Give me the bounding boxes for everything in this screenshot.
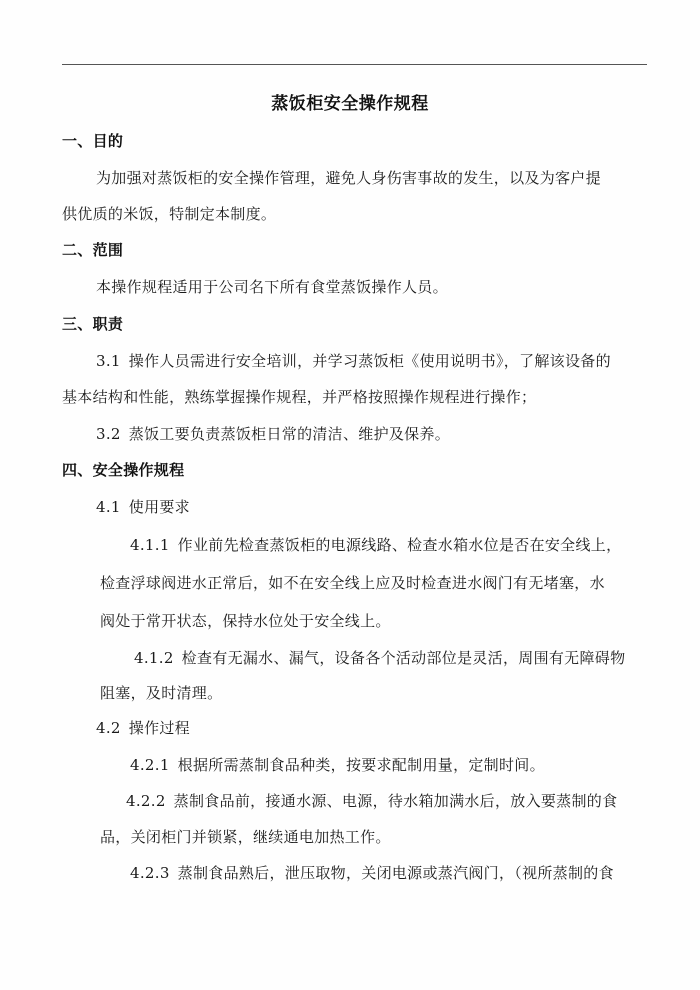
item-4-1-2-line-2: 阻塞，及时清理。	[100, 683, 222, 703]
document-page: 蒸饭柜安全操作规程 一、目的 为加强对蒸饭柜的安全操作管理，避免人身伤害事故的发…	[0, 0, 700, 990]
section-heading-purpose: 一、目的	[62, 131, 123, 151]
item-number: 4.2.1	[130, 756, 170, 774]
item-3-2-line-1: 3.2蒸饭工要负责蒸饭柜日常的清洁、维护及保养。	[96, 424, 450, 444]
subsection-4-1: 4.1使用要求	[96, 497, 190, 517]
item-text: 蒸制食品前，接通水源、电源，待水箱加满水后，放入要蒸制的食	[174, 792, 618, 810]
item-4-1-1-line-1: 4.1.1作业前先检查蒸饭柜的电源线路、检查水箱水位是否在安全线上，	[130, 535, 621, 555]
item-number: 4.2.3	[130, 864, 170, 882]
item-4-2-3-line-1: 4.2.3蒸制食品熟后，泄压取物，关闭电源或蒸汽阀门，（视所蒸制的食	[130, 863, 614, 883]
item-4-1-1-line-3: 阀处于常开状态，保持水位处于安全线上。	[100, 611, 391, 631]
section-heading-safety-procedures: 四、安全操作规程	[62, 460, 184, 480]
item-text: 蒸饭工要负责蒸饭柜日常的清洁、维护及保养。	[129, 425, 450, 443]
header-rule	[62, 64, 647, 65]
item-4-2-2-line-1: 4.2.2蒸制食品前，接通水源、电源，待水箱加满水后，放入要蒸制的食	[126, 791, 617, 811]
item-text: 蒸制食品熟后，泄压取物，关闭电源或蒸汽阀门，（视所蒸制的食	[178, 864, 614, 882]
item-text: 根据所需蒸制食品种类，按要求配制用量，定制时间。	[178, 756, 545, 774]
subsection-number: 4.2	[96, 719, 121, 737]
item-number: 4.1.2	[134, 649, 174, 667]
subsection-4-2: 4.2操作过程	[96, 718, 190, 738]
subsection-label: 操作过程	[129, 719, 190, 737]
item-4-2-2-line-2: 品，关闭柜门并锁紧，继续通电加热工作。	[100, 827, 391, 847]
item-number: 4.1.1	[130, 536, 170, 554]
paragraph-line: 供优质的米饭，特制定本制度。	[62, 204, 276, 224]
item-text: 检查有无漏水、漏气，设备各个活动部位是灵活，周围有无障碍物	[182, 649, 626, 667]
subsection-number: 4.1	[96, 498, 121, 516]
section-heading-scope: 二、范围	[62, 240, 123, 260]
document-title: 蒸饭柜安全操作规程	[0, 93, 700, 115]
item-number: 3.1	[96, 352, 121, 370]
item-text: 作业前先检查蒸饭柜的电源线路、检查水箱水位是否在安全线上，	[178, 536, 622, 554]
item-3-1-line-1: 3.1操作人员需进行安全培训，并学习蒸饭柜《使用说明书》，了解该设备的	[96, 351, 611, 371]
item-4-2-1-line-1: 4.2.1根据所需蒸制食品种类，按要求配制用量，定制时间。	[130, 755, 545, 775]
item-number: 4.2.2	[126, 792, 166, 810]
item-4-1-2-line-1: 4.1.2检查有无漏水、漏气，设备各个活动部位是灵活，周围有无障碍物	[134, 648, 625, 668]
subsection-label: 使用要求	[129, 498, 190, 516]
paragraph-line: 本操作规程适用于公司名下所有食堂蒸饭操作人员。	[96, 277, 448, 297]
section-heading-responsibilities: 三、职责	[62, 314, 123, 334]
paragraph-line: 为加强对蒸饭柜的安全操作管理，避免人身伤害事故的发生，以及为客户提	[96, 168, 601, 188]
item-text: 操作人员需进行安全培训，并学习蒸饭柜《使用说明书》，了解该设备的	[129, 352, 611, 370]
item-4-1-1-line-2: 检查浮球阀进水正常后，如不在安全线上应及时检查进水阀门有无堵塞，水	[100, 573, 605, 593]
item-3-1-line-2: 基本结构和性能，熟练掌握操作规程，并严格按照操作规程进行操作；	[62, 387, 536, 407]
item-number: 3.2	[96, 425, 121, 443]
